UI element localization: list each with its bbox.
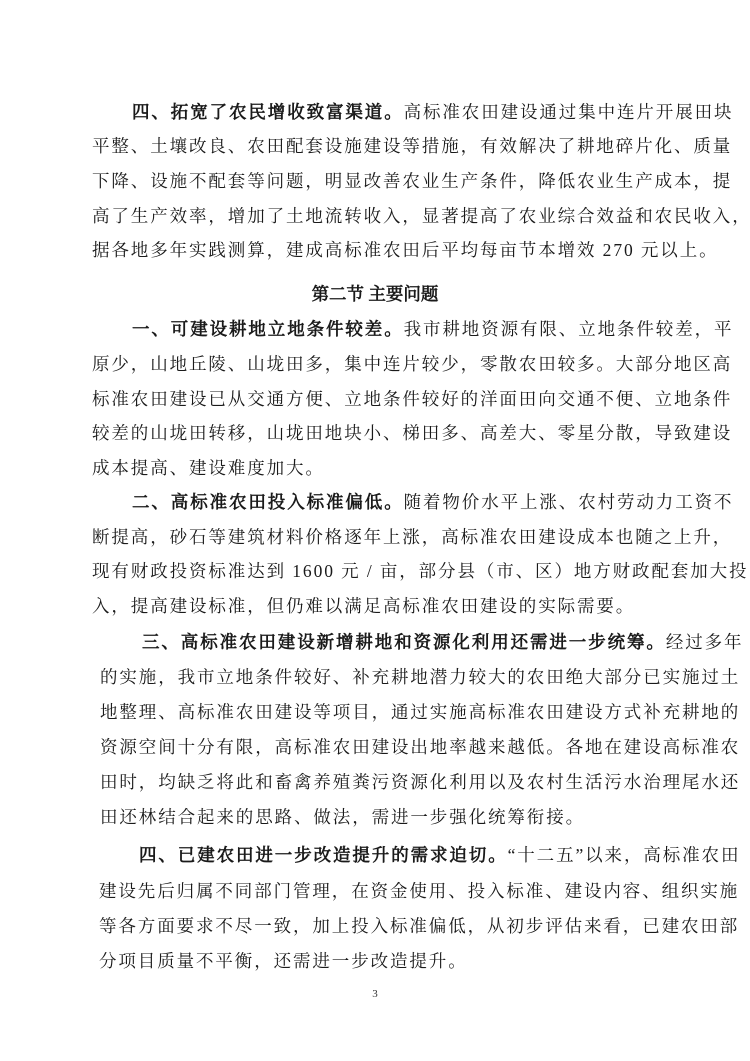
paragraph-line: 田时，均缺乏将此和畜禽养殖粪污资源化利用以及农村生活污水治理尾水还 <box>100 771 740 793</box>
paragraph-line: 成本提高、建设难度加大。 <box>92 457 325 479</box>
paragraph-line: 资源空间十分有限，高标准农田建设出地率越来越低。各地在建设高标准农 <box>100 736 740 758</box>
paragraph-line: 标准农田建设已从交通方便、立地条件较好的洋面田向交通不便、立地条件 <box>92 388 732 410</box>
paragraph-line: 分项目质量不平衡，还需进一步改造提升。 <box>99 950 468 972</box>
paragraph-line: 四、已建农田进一步改造提升的需求迫切。“十二五”以来，高标准农田 <box>139 844 740 866</box>
paragraph-line: 田还林结合起来的思路、做法，需进一步强化统筹衔接。 <box>100 806 585 828</box>
page-number: 3 <box>0 988 750 1000</box>
paragraph-line: 平整、土壤改良、农田配套设施建设等措施，有效解决了耕地碎片化、质量 <box>92 135 732 157</box>
paragraph-line: 现有财政投资标准达到 1600 元 / 亩，部分县（市、区）地方财政配套加大投 <box>92 560 748 582</box>
paragraph-line: 断提高，砂石等建筑材料价格逐年上涨，高标准农田建设成本也随之上升， <box>92 526 732 548</box>
paragraph-line: 据各地多年实践测算，建成高标准农田后平均每亩节本增效 270 元以上。 <box>92 239 719 261</box>
paragraph-line: 四、拓宽了农民增收致富渠道。高标准农田建设通过集中连片开展田块 <box>132 101 733 123</box>
paragraph-line: 原少，山地丘陵、山垅田多，集中连片较少，零散农田较多。大部分地区高 <box>92 353 732 375</box>
paragraph-line: 等各方面要求不尽一致，加上投入标准偏低，从初步评估来看，已建农田部 <box>99 915 739 937</box>
paragraph-line: 下降、设施不配套等问题，明显改善农业生产条件，降低农业生产成本，提 <box>92 170 732 192</box>
paragraph-lead: 一、可建设耕地立地条件较差。 <box>132 319 404 339</box>
paragraph-line: 二、高标准农田投入标准偏低。随着物价水平上涨、农村劳动力工资不 <box>132 491 733 513</box>
paragraph-lead: 二、高标准农田投入标准偏低。 <box>132 492 404 512</box>
paragraph-line: 的实施，我市立地条件较好、补充耕地潜力较大的农田绝大部分已实施过土 <box>100 666 740 688</box>
paragraph-lead: 四、拓宽了农民增收致富渠道。 <box>132 102 404 122</box>
document-page: 四、拓宽了农民增收致富渠道。高标准农田建设通过集中连片开展田块 平整、土壤改良、… <box>0 0 750 1061</box>
section-title: 第二节 主要问题 <box>0 283 750 305</box>
paragraph-lead: 三、高标准农田建设新增耕地和资源化利用还需进一步统筹。 <box>142 632 666 652</box>
paragraph-line: 一、可建设耕地立地条件较差。我市耕地资源有限、立地条件较差，平 <box>132 318 733 340</box>
paragraph-line: 地整理、高标准农田建设等项目，通过实施高标准农田建设方式补充耕地的 <box>100 701 740 723</box>
paragraph-line: 建设先后归属不同部门管理，在资金使用、投入标准、建设内容、组织实施 <box>99 880 739 902</box>
paragraph-line: 较差的山垅田转移，山垅田地块小、梯田多、高差大、零星分散，导致建设 <box>92 422 732 444</box>
paragraph-line: 高了生产效率，增加了土地流转收入，显著提高了农业综合效益和农民收入， <box>92 205 750 227</box>
paragraph-lead: 四、已建农田进一步改造提升的需求迫切。 <box>139 845 508 865</box>
paragraph-line: 入，提高建设标准，但仍难以满足高标准农田建设的实际需要。 <box>92 595 635 617</box>
paragraph-line: 三、高标准农田建设新增耕地和资源化利用还需进一步统筹。经过多年 <box>142 631 743 653</box>
